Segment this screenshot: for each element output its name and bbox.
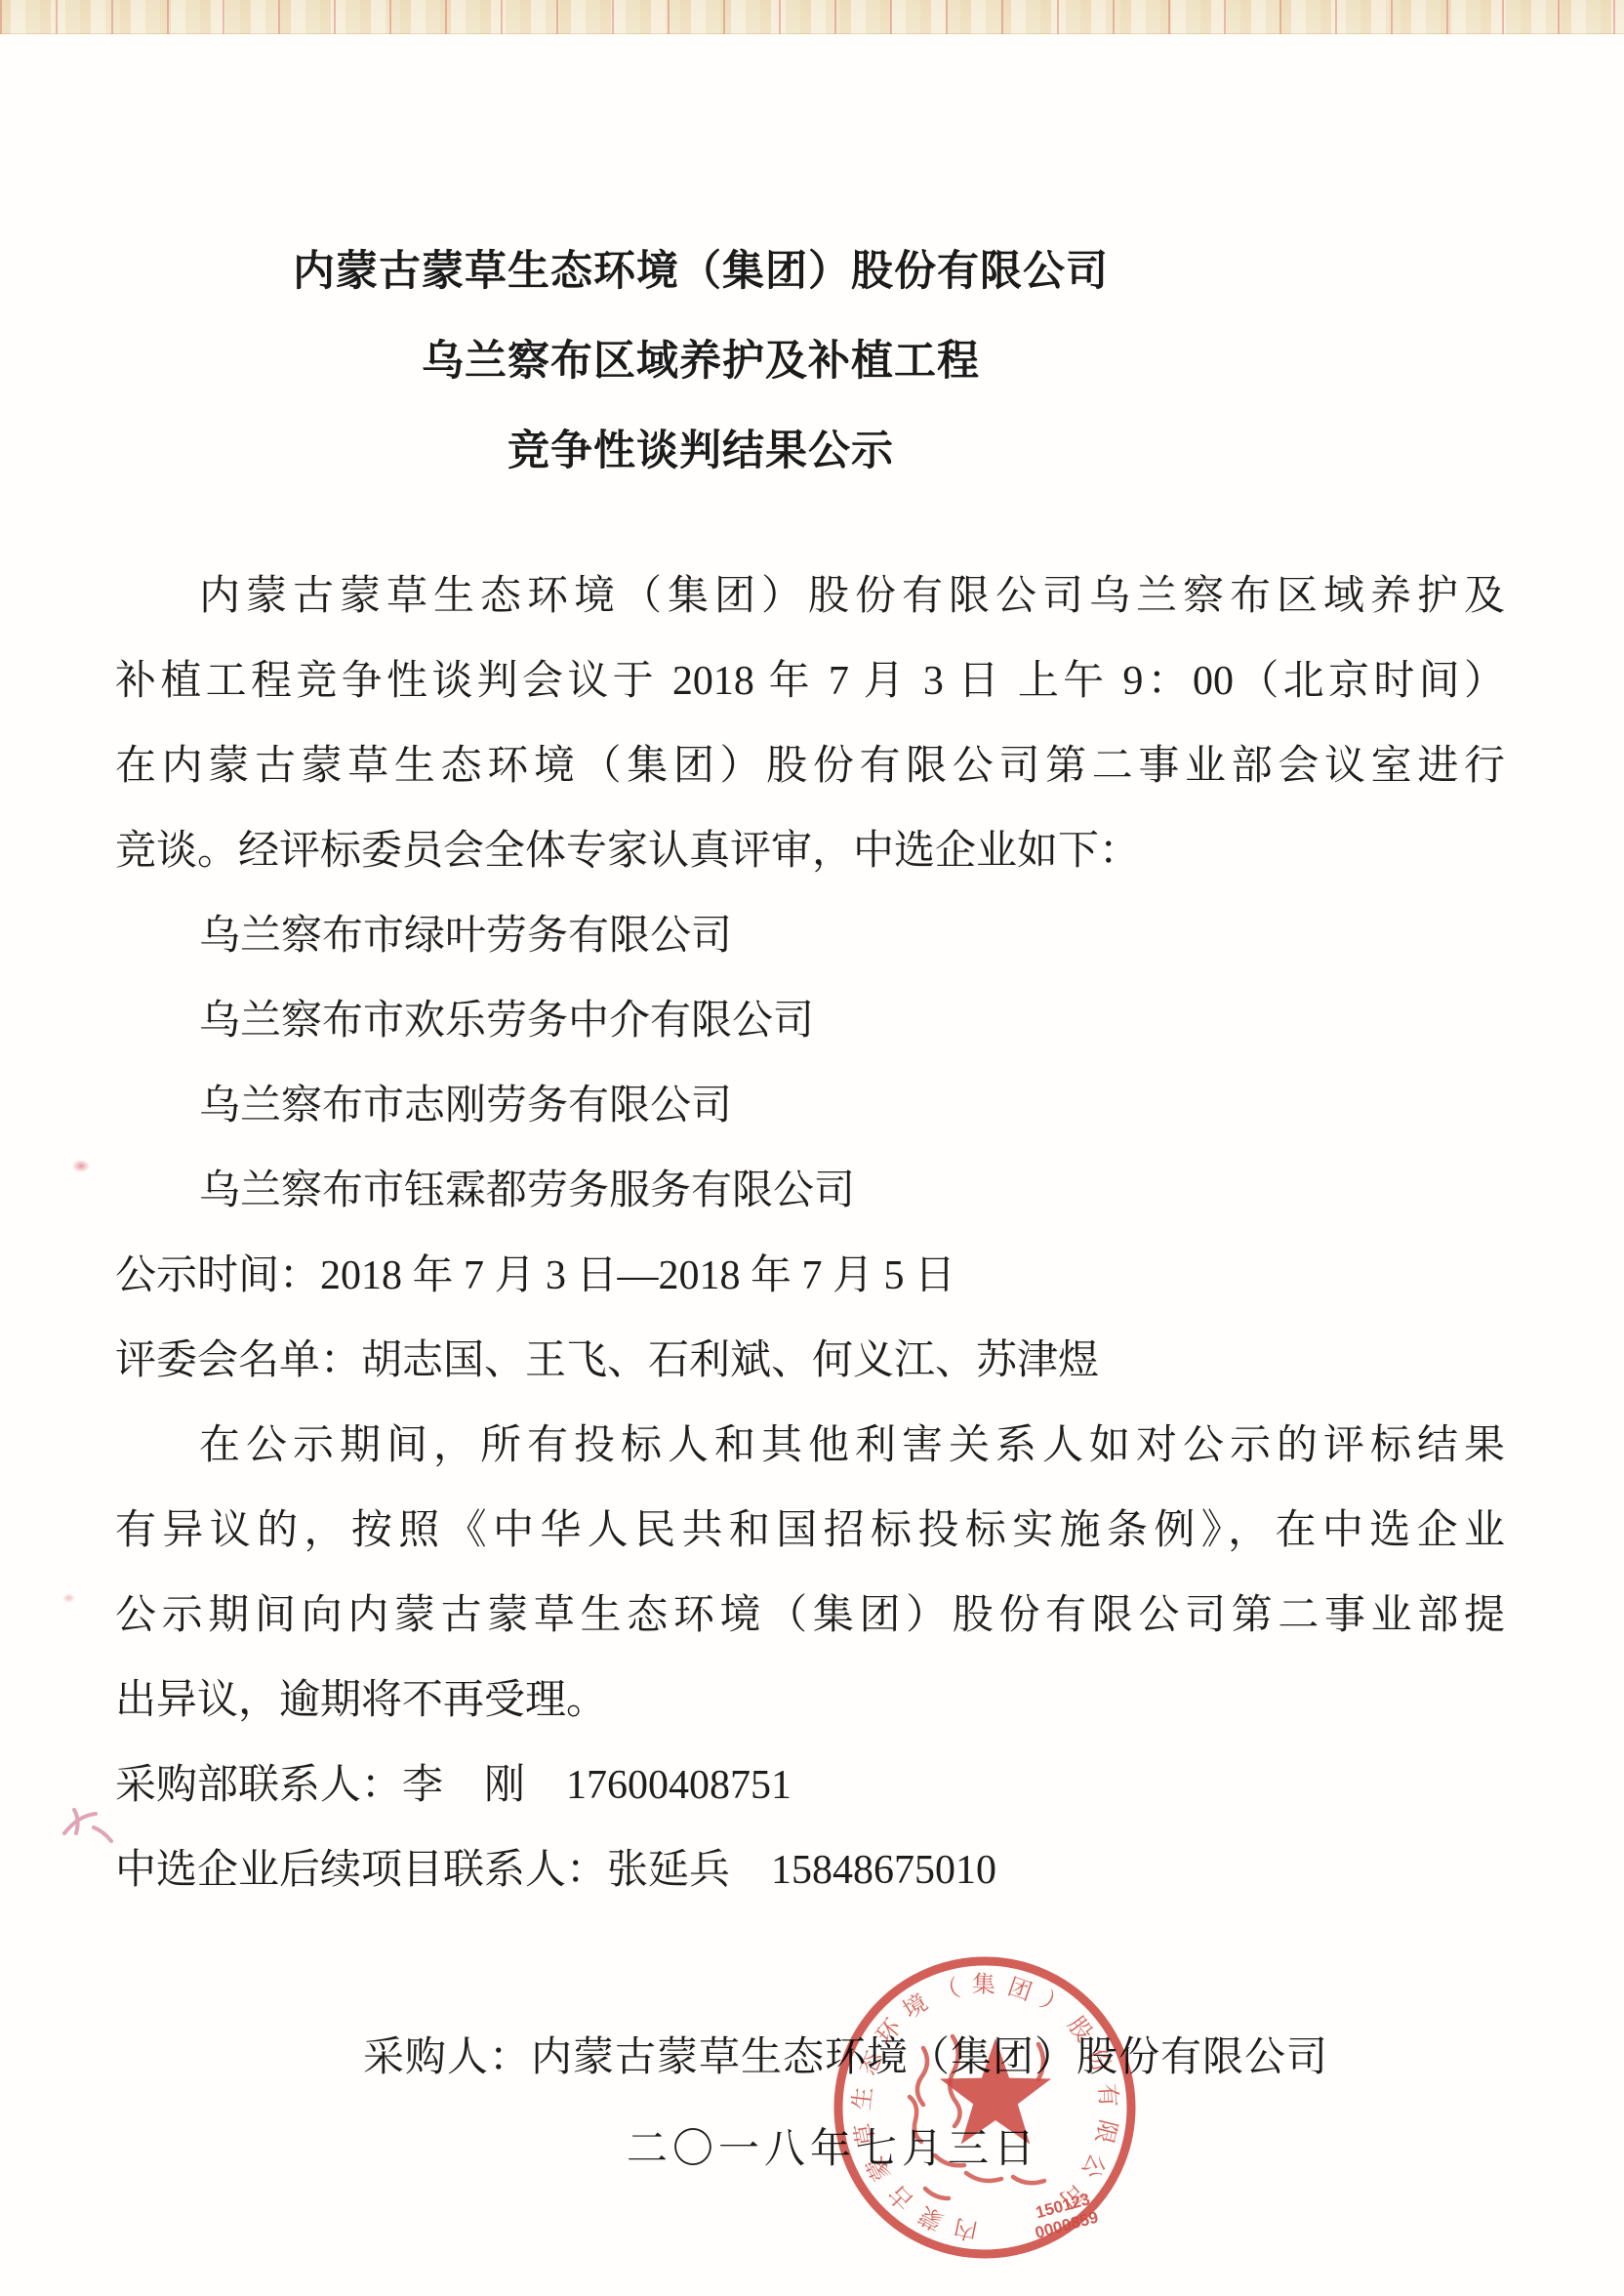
paragraph-line: 竞谈。经评标委员会全体专家认真评审，中选企业如下： xyxy=(115,809,1505,894)
paragraph-line: 补植工程竞争性谈判会议于 2018 年 7 月 3 日 上午 9：00（北京时间… xyxy=(115,639,1505,724)
followup-contact-line: 中选企业后续项目联系人：张延兵 15848675010 xyxy=(115,1828,1505,1913)
committee-line: 评委会名单：胡志国、王飞、石利斌、何义江、苏津煜 xyxy=(115,1319,1505,1404)
document-body: 内蒙古蒙草生态环境（集团）股份有限公司乌兰察布区域养护及 补植工程竞争性谈判会议… xyxy=(115,554,1505,1913)
page: 内蒙古蒙草生态环境（集团）股份有限公司 乌兰察布区域养护及补植工程 竞争性谈判结… xyxy=(0,0,1624,2296)
official-seal: 内蒙古蒙草生态环境（集团）股份有限公司 150123 0000859 xyxy=(808,1931,1161,2284)
paragraph-line: 在公示期间，所有投标人和其他利害关系人如对公示的评标结果 xyxy=(115,1404,1505,1489)
title-line-company: 内蒙古蒙草生态环境（集团）股份有限公司 xyxy=(0,226,1401,316)
paragraph-line: 有异议的，按照《中华人民共和国招标投标实施条例》，在中选企业 xyxy=(115,1489,1505,1574)
scan-artifact xyxy=(62,1593,75,1603)
procurement-contact-line: 采购部联系人：李 刚 17600408751 xyxy=(115,1743,1505,1828)
seal-code: 150123 0000859 xyxy=(1028,2189,1100,2242)
title-line-project: 乌兰察布区域养护及补植工程 xyxy=(0,316,1401,406)
document-title: 内蒙古蒙草生态环境（集团）股份有限公司 乌兰察布区域养护及补植工程 竞争性谈判结… xyxy=(0,226,1401,496)
paragraph-line: 公示期间向内蒙古蒙草生态环境（集团）股份有限公司第二事业部提 xyxy=(115,1574,1505,1659)
title-line-subject: 竞争性谈判结果公示 xyxy=(0,406,1401,496)
scan-noise-band xyxy=(0,0,1624,34)
scan-artifact xyxy=(59,1798,119,1849)
company-item: 乌兰察布市钰霖都劳务服务有限公司 xyxy=(115,1149,1505,1234)
paragraph-line: 在内蒙古蒙草生态环境（集团）股份有限公司第二事业部会议室进行 xyxy=(115,724,1505,809)
paragraph-line: 出异议，逾期将不再受理。 xyxy=(115,1659,1505,1743)
company-item: 乌兰察布市绿叶劳务有限公司 xyxy=(115,894,1505,979)
scan-artifact xyxy=(72,1160,90,1172)
company-item: 乌兰察布市志刚劳务有限公司 xyxy=(115,1064,1505,1149)
paragraph-line: 内蒙古蒙草生态环境（集团）股份有限公司乌兰察布区域养护及 xyxy=(115,554,1505,639)
company-item: 乌兰察布市欢乐劳务中介有限公司 xyxy=(115,979,1505,1064)
publicity-period-line: 公示时间：2018 年 7 月 3 日—2018 年 7 月 5 日 xyxy=(115,1234,1505,1319)
